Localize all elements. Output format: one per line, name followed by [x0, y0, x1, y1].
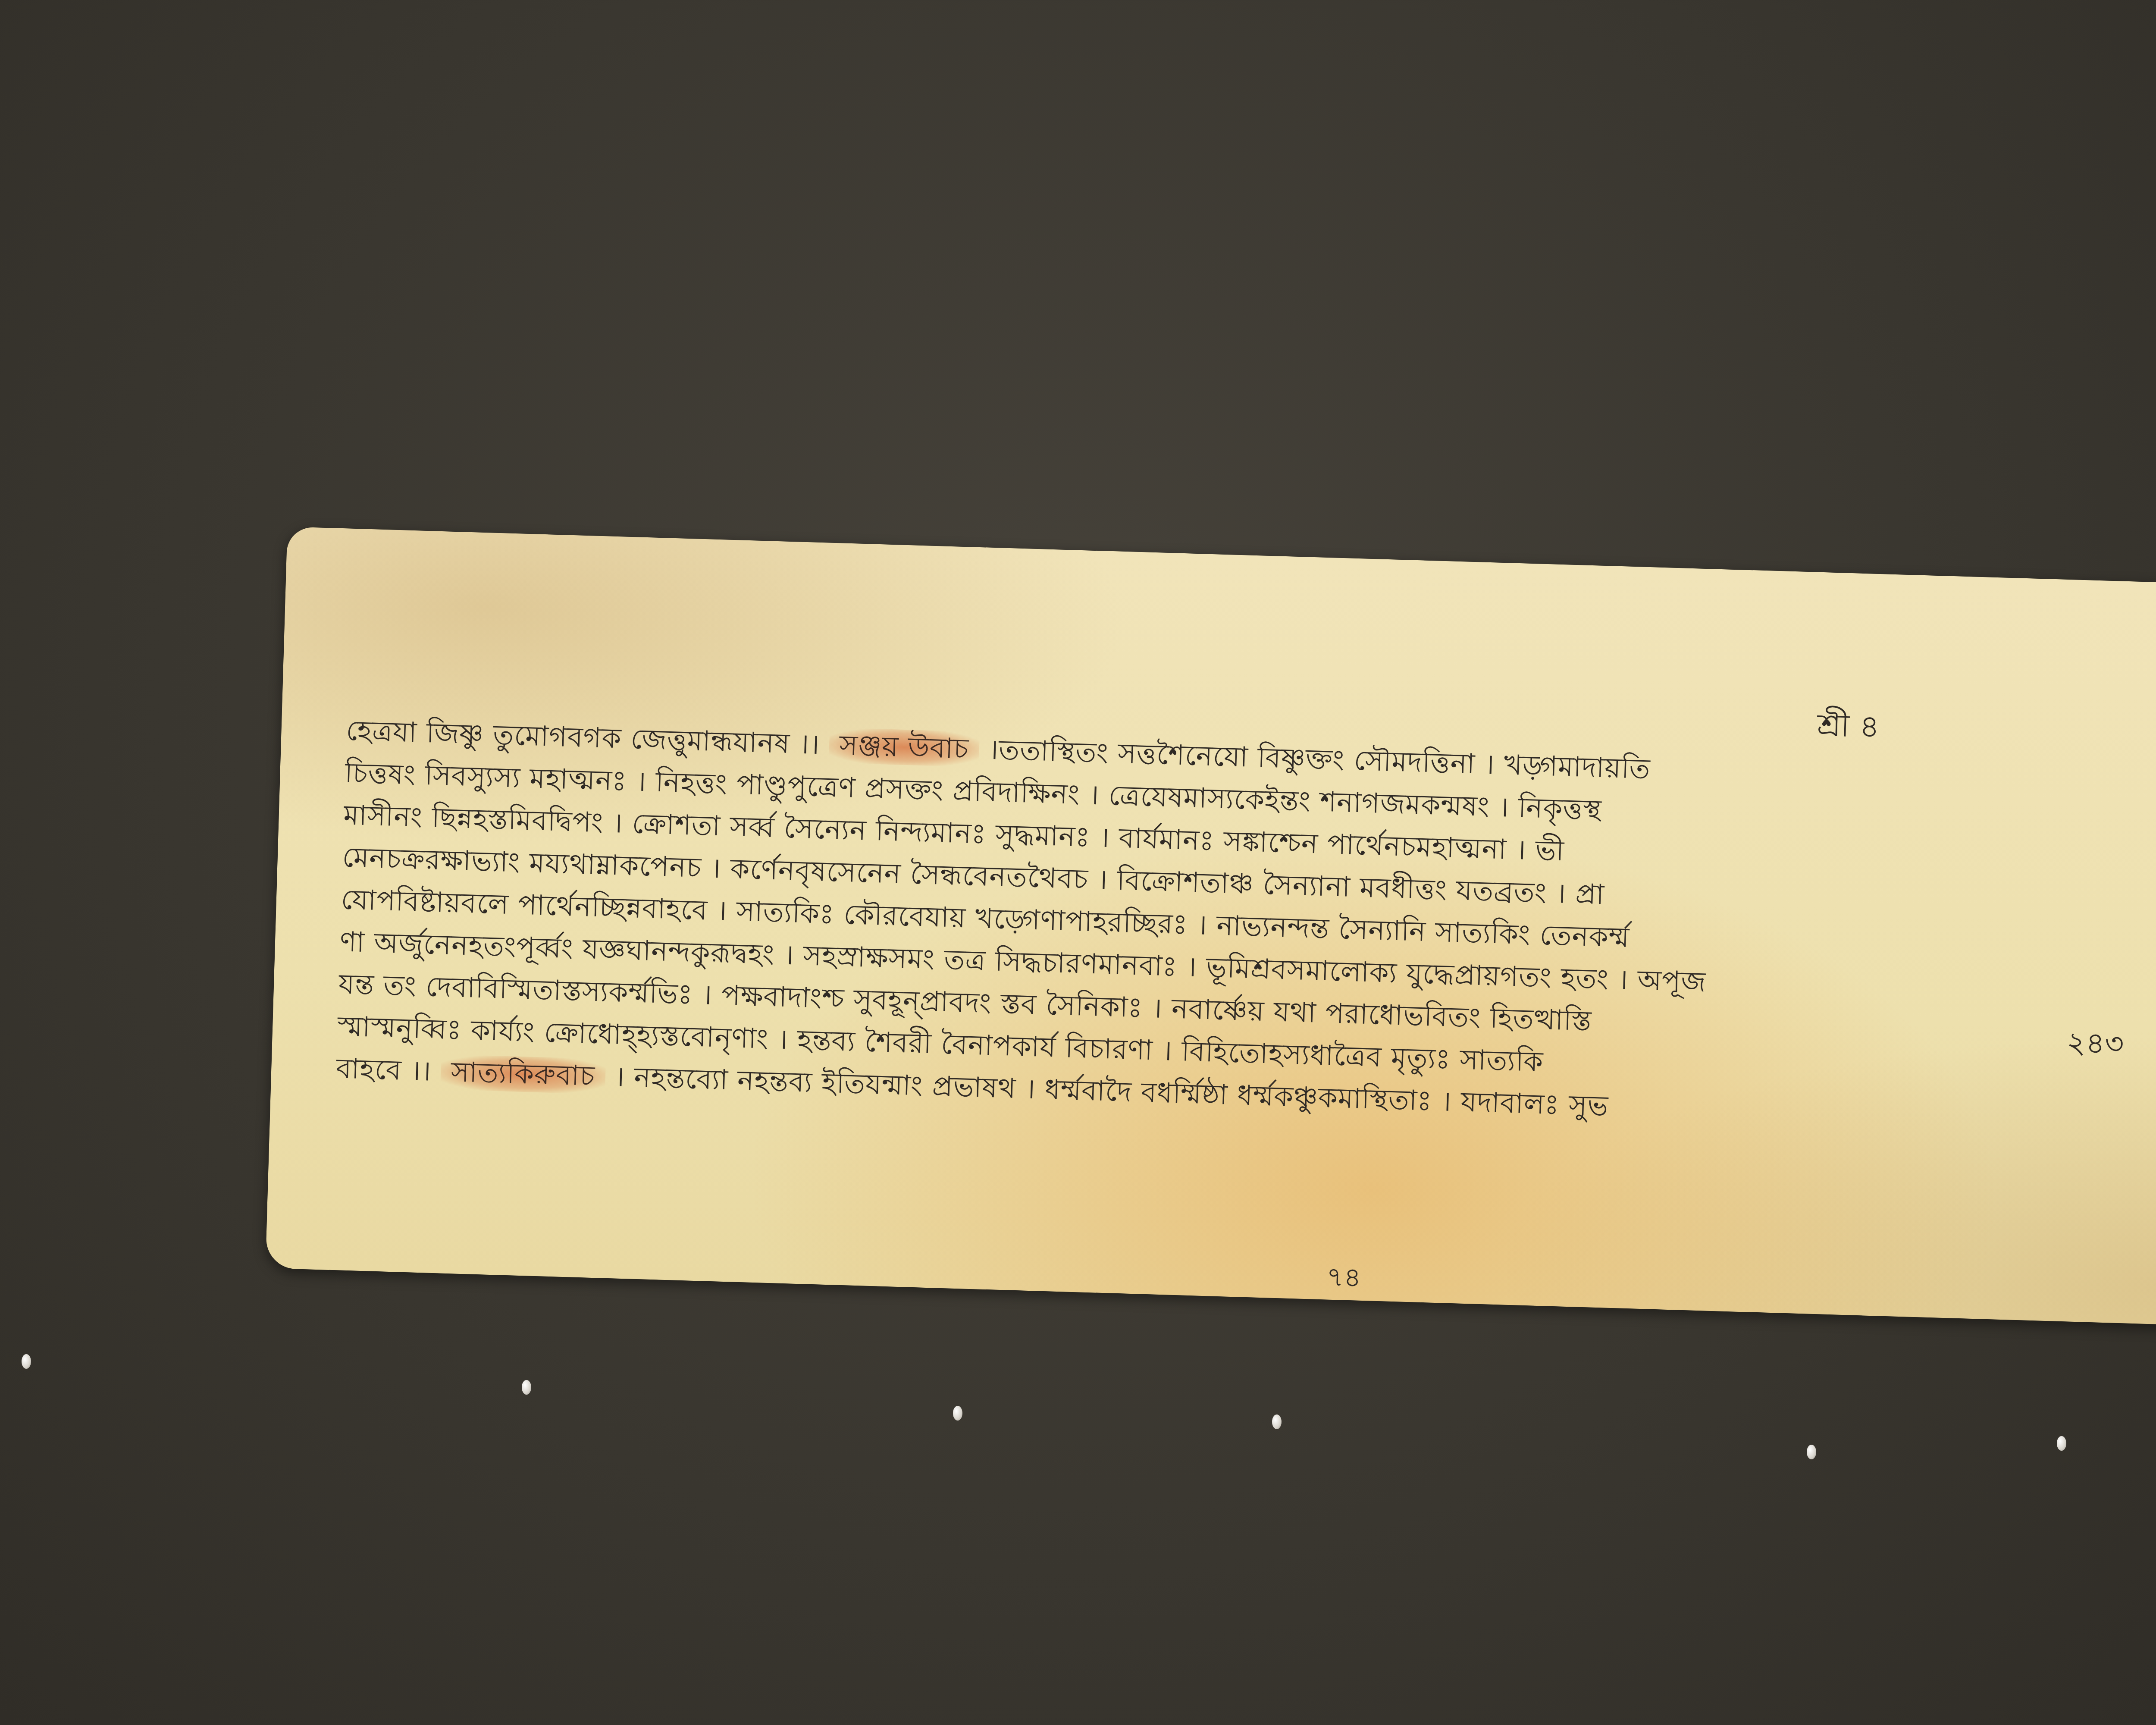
- mounting-pin: [1807, 1445, 1816, 1459]
- mounting-pin: [2057, 1436, 2066, 1451]
- mounting-pin: [953, 1406, 962, 1421]
- rubric-sanjaya-uvacha: সঞ্জয় উবাচ: [828, 728, 980, 767]
- margin-number: ২৪৩: [2066, 1019, 2125, 1070]
- mounting-pin: [22, 1354, 31, 1369]
- rubric-satyaki-uvacha: সাত্যকিরুবাচ: [440, 1054, 606, 1094]
- mounting-pin: [1272, 1414, 1282, 1429]
- manuscript-text: হেত্রযা জিষ্ণু তুমোগবগক জেত্তুমান্ধযানষ …: [335, 710, 2156, 1145]
- folio-number-top: শ্রী ৪: [1817, 702, 1880, 755]
- folio-number-bottom: ৭৪: [1326, 1257, 1362, 1302]
- manuscript-folio: শ্রী ৪ হেত্রযা জিষ্ণু তুমোগবগক জেত্তুমান…: [266, 527, 2156, 1327]
- line-text: বাহবে ।।: [335, 1053, 441, 1088]
- mounting-pin: [522, 1380, 531, 1395]
